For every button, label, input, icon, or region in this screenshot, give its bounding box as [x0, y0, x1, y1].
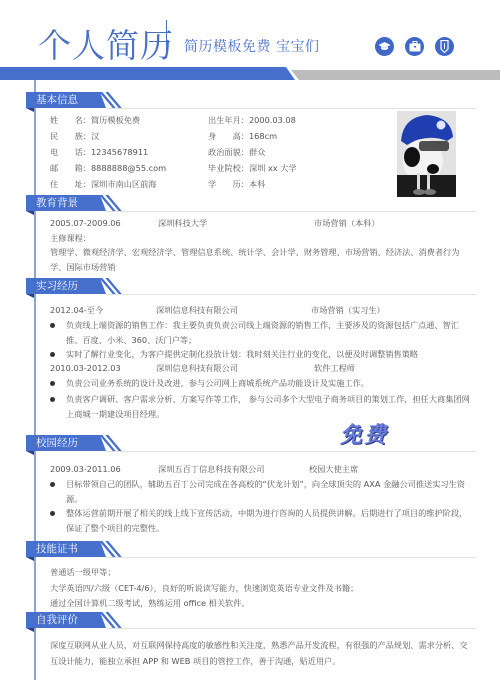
bullet-dot-icon — [50, 511, 55, 516]
skill-line: 普通话一级甲等； — [50, 566, 116, 579]
self-evaluation-text: 深度互联网从业人员，对互联网保持高度的敏感性和关注度，熟悉产品开发流程，有很强的… — [50, 637, 470, 669]
courses-label: 主修课程： — [50, 232, 91, 245]
job-bullet: 负责线上端资源的销售工作：我主要负责负责公司线上端资源的销售工作，主要涉及的资源… — [66, 318, 470, 348]
resume-title: 个人简历 — [38, 26, 174, 66]
education-major: 市场营销（本科） — [314, 217, 380, 230]
bullet-dot-icon — [50, 323, 55, 328]
campus-period: 2009.03-2011.06 — [50, 463, 121, 476]
section-header-education: 教育背景 — [26, 195, 476, 213]
info-row: 电 话：12345678911 — [50, 146, 148, 159]
info-row: 姓 名：简历模板免费 — [50, 114, 140, 127]
tab-fold — [26, 294, 34, 298]
job-period: 2012.04-至今 — [50, 304, 103, 317]
job-bullet: 负责公司业务系统的设计及改进，参与公司网上商城系统产品功能设计及实施工作。 — [66, 376, 470, 391]
job-company: 深圳信息科技有限公司 — [156, 304, 238, 317]
briefcase-icon — [405, 37, 424, 56]
info-row: 学 历：本科 — [208, 178, 265, 191]
campus-role: 校园大使主席 — [309, 463, 358, 476]
section-divider — [106, 211, 476, 212]
tab-fold — [26, 108, 34, 112]
section-header-basic: 基本信息 — [26, 92, 476, 110]
info-row: 政治面貌：群众 — [208, 146, 265, 159]
section-header-skills: 技能证书 — [26, 541, 476, 559]
section-divider — [106, 108, 476, 109]
campus-company: 深圳五百丁信息科技有限公司 — [158, 463, 264, 476]
header-band-blue — [0, 67, 295, 80]
info-row: 邮 箱：8888888@55.com — [50, 162, 166, 175]
section-divider — [106, 294, 476, 295]
campus-bullet: 目标带领自己的团队，辅助五百丁公司完成在各高校的“伏龙计划”，向全球顶尖的 AX… — [66, 477, 470, 507]
profile-photo — [397, 111, 456, 197]
bullet-dot-icon — [50, 397, 55, 402]
header-band-gray — [291, 70, 500, 80]
section-divider — [106, 557, 476, 558]
info-row: 毕业院校：深圳 xx 大学 — [208, 162, 297, 175]
education-school: 深圳科技大学 — [158, 217, 207, 230]
title-divider — [166, 20, 167, 58]
bullet-dot-icon — [50, 482, 55, 487]
courses-list: 管理学、微观经济学、宏观经济学、管理信息系统、统计学、会计学、财务管理、市场营销… — [50, 245, 470, 275]
skill-line: 大学英语四/六级（CET-4/6），良好的听说读写能力，快速浏览英语专业文件及书… — [50, 582, 358, 595]
section-title: 自我评价 — [26, 612, 106, 628]
job-bullet: 实时了解行业变化，为客户提供定制化投放计划：我时刻关注行业的变化，以便及时调整销… — [66, 347, 470, 362]
section-title: 基本信息 — [26, 92, 106, 108]
education-period: 2005.07-2009.06 — [50, 217, 121, 230]
job-role: 市场营销（实习生） — [311, 304, 385, 317]
tab-fold — [26, 628, 34, 632]
job-role: 软件工程师 — [314, 362, 355, 375]
info-row: 住 址：深圳市南山区前海 — [50, 178, 156, 191]
graduation-cap-icon — [375, 37, 394, 56]
tab-fold — [26, 451, 34, 455]
tab-fold — [26, 211, 34, 215]
section-title: 校园经历 — [26, 435, 106, 451]
section-divider — [106, 451, 476, 452]
timeline-line — [34, 80, 36, 680]
info-row: 出生年月：2000.03.08 — [208, 114, 296, 127]
pencil-icon — [435, 37, 454, 56]
section-title: 实习经历 — [26, 278, 106, 294]
bullet-dot-icon — [50, 381, 55, 386]
tab-fold — [26, 557, 34, 561]
section-divider — [106, 628, 476, 629]
bullet-dot-icon — [50, 352, 55, 357]
section-header-internship: 实习经历 — [26, 278, 476, 296]
section-header-campus: 校园经历 — [26, 435, 476, 453]
info-row: 民 族：汉 — [50, 130, 99, 143]
section-title: 教育背景 — [26, 195, 106, 211]
section-title: 技能证书 — [26, 541, 106, 557]
job-period: 2010.03-2012.03 — [50, 362, 121, 375]
job-company: 深圳信息科技有限公司 — [156, 362, 238, 375]
section-header-self: 自我评价 — [26, 612, 476, 630]
resume-subtitle: 简历模板免费 宝宝们 — [184, 38, 319, 56]
info-row: 身 高：168cm — [208, 130, 277, 143]
skill-line: 通过全国计算机二级考试，熟练运用 office 相关软件。 — [50, 597, 250, 610]
job-bullet: 负责客户调研、客户需求分析、方案写作等工作， 参与公司多个大型电子商务项目的策划… — [66, 392, 470, 422]
campus-bullet: 整体运营前期开展了相关的线上线下宣传活动，中期为进行咨询的人员提供讲解。后期进行… — [66, 506, 470, 536]
